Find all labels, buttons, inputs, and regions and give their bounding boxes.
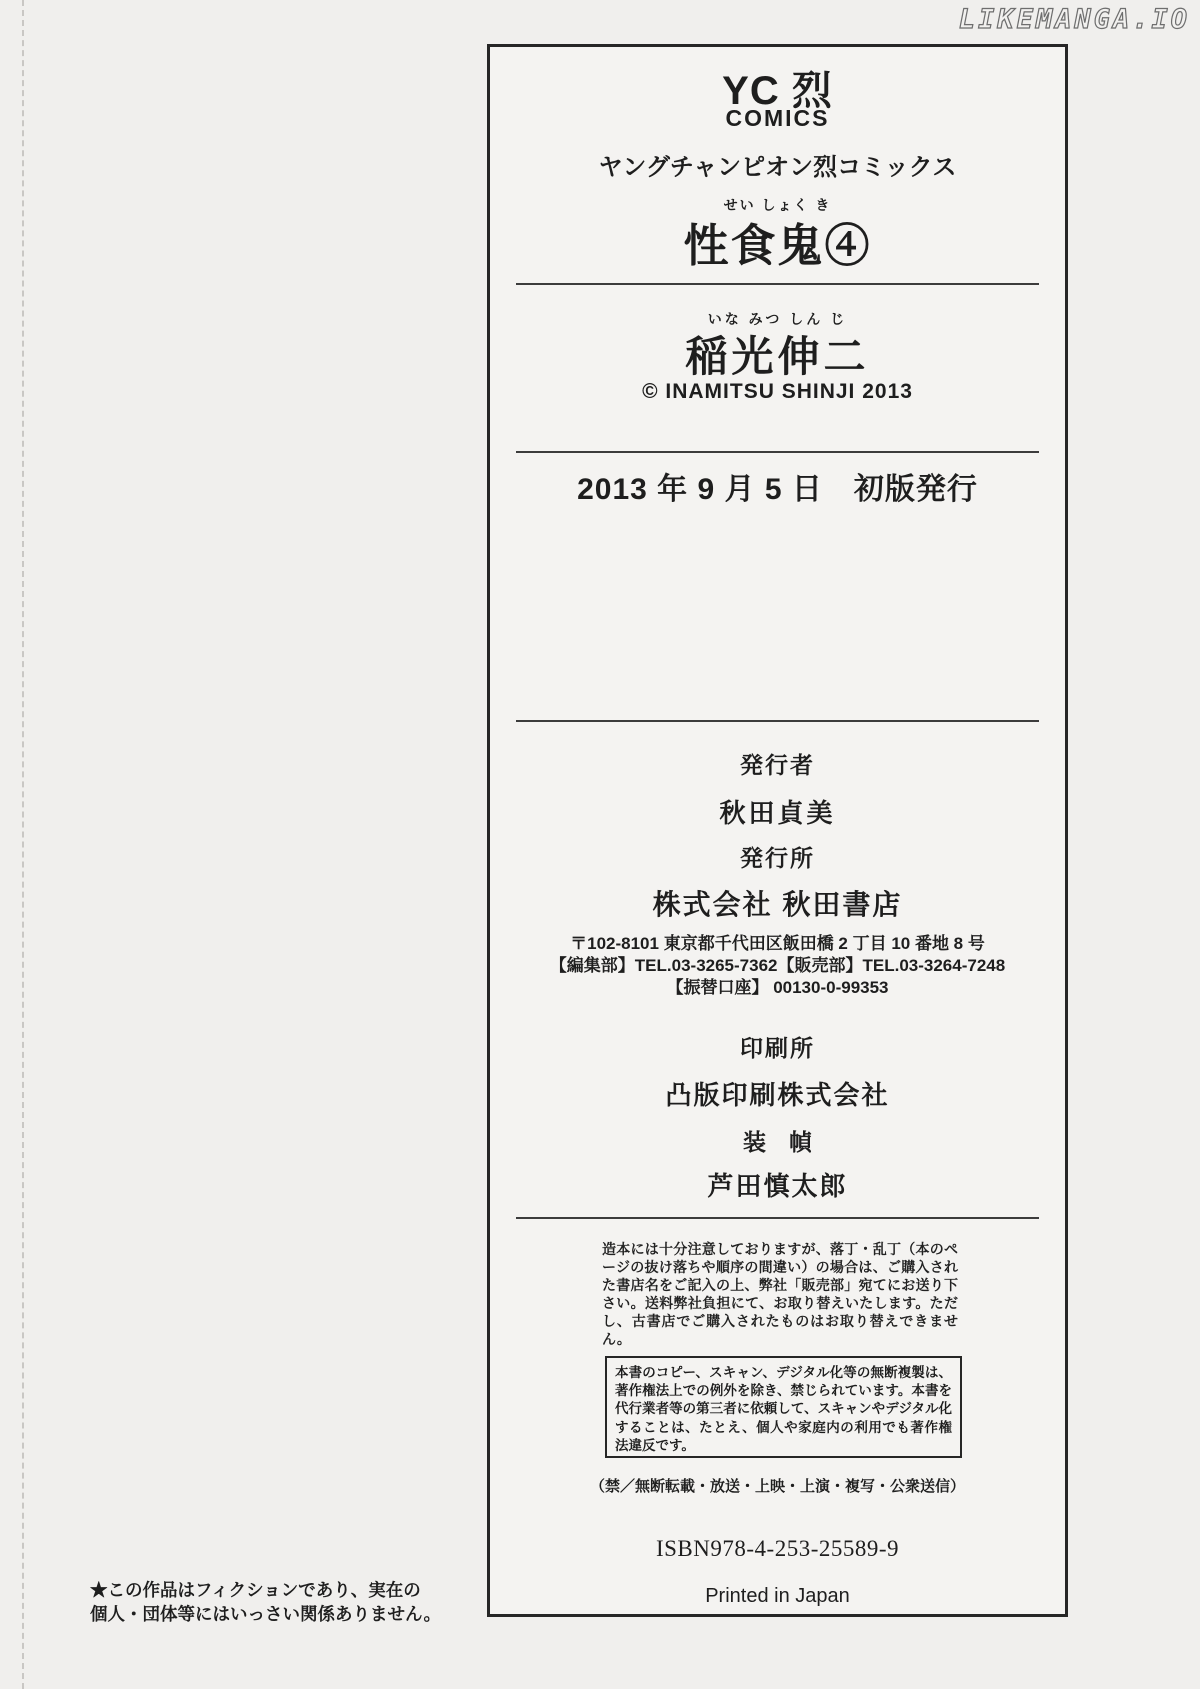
divider-under-title — [516, 283, 1039, 285]
fiction-disclaimer: ★この作品はフィクションであり、実在の 個人・団体等にはいっさい関係ありません。 — [90, 1578, 441, 1626]
edition-date: 2013 年 9 月 5 日 初版発行 — [490, 464, 1065, 508]
author-name: 稲光伸二 — [490, 324, 1065, 384]
copy-prohibition-box: 本書のコピー、スキャン、デジタル化等の無断複製は、著作権法上での例外を除き、禁じ… — [605, 1356, 962, 1458]
divider-under-author — [516, 451, 1039, 453]
binding-design-label: 装 幀 — [490, 1124, 1065, 1157]
fiction-disclaimer-line1: ★この作品はフィクションであり、実在の — [90, 1580, 421, 1600]
publisher-name: 秋田貞美 — [490, 793, 1065, 830]
copyright-line: © INAMITSU SHINJI 2013 — [490, 380, 1065, 404]
divider-above-notices — [516, 1217, 1039, 1219]
binding-designer-name: 芦田慎太郎 — [490, 1166, 1065, 1203]
printer-label: 印刷所 — [490, 1030, 1065, 1063]
printer-name: 凸版印刷株式会社 — [490, 1075, 1065, 1112]
copy-prohibition-text: 本書のコピー、スキャン、デジタル化等の無断複製は、著作権法上での例外を除き、禁じ… — [615, 1364, 952, 1455]
book-title: 性食鬼④ — [490, 209, 1065, 274]
isbn-line: ISBN978-4-253-25589-9 — [490, 1536, 1065, 1562]
defective-copy-notice: 造本には十分注意しておりますが、落丁・乱丁（本のページの抜け落ちや順序の間違い）… — [602, 1242, 958, 1350]
fiction-disclaimer-line2: 個人・団体等にはいっさい関係ありません。 — [90, 1604, 441, 1624]
publishing-house-label: 発行所 — [490, 840, 1065, 873]
publisher-label: 発行者 — [490, 747, 1065, 780]
imprint-logo-comics: COMICS — [490, 105, 1065, 132]
site-watermark: LIKEMANGA.IO — [959, 4, 1190, 35]
scanned-colophon-page: { "watermark": "LIKEMANGA.IO", "colophon… — [0, 0, 1200, 1689]
imprint-series-name: ヤングチャンピオン烈コミックス — [490, 147, 1065, 182]
rights-restriction-line: （禁／無断転載・放送・上映・上演・複写・公衆送信） — [490, 1475, 1065, 1496]
postal-transfer-account: 【振替口座】 00130-0-99353 — [490, 973, 1065, 998]
page-gutter-scan-line — [22, 0, 24, 1689]
printed-in-japan: Printed in Japan — [490, 1585, 1065, 1608]
divider-above-publisher — [516, 720, 1039, 722]
publishing-house-name: 株式会社 秋田書店 — [490, 883, 1065, 923]
colophon-box: YC 烈 COMICS ヤングチャンピオン烈コミックス せい しょく き 性食鬼… — [487, 44, 1068, 1617]
